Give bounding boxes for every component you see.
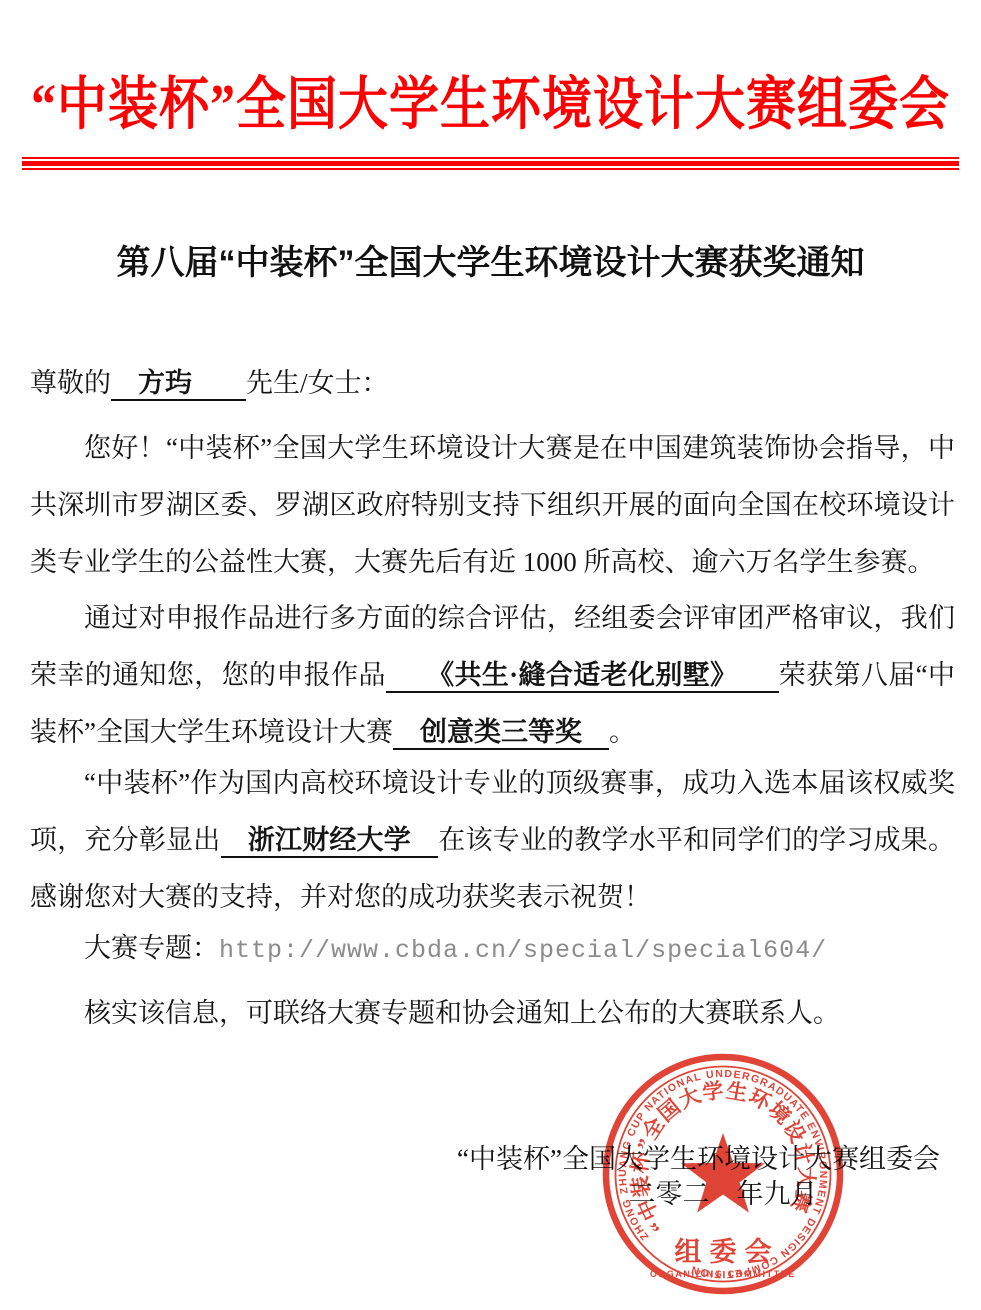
verify-note-line: 核实该信息，可联络大赛专题和协会通知上公布的大赛联系人。 (30, 993, 955, 1033)
stamp-committee-label: 组委会 (675, 1237, 780, 1267)
official-stamp: ZHONG ZHUANG CUP NATIONAL UNDERGRADUATE … (598, 1049, 848, 1299)
letterhead-org-title: “中装杯”全国大学生环境设计大赛组委会 (0, 58, 981, 141)
salutation-line: 尊敬的 方玙 先生/女士： (30, 363, 955, 403)
award-letter-page: “中装杯”全国大学生环境设计大赛组委会 第八届“中装杯”全国大学生环境设计大赛获… (0, 0, 981, 1310)
paragraph-school-praise: “中装杯”作为国内高校环境设计专业的顶级赛事，成功入选本届该权威奖项，充分彰显出… (30, 755, 955, 926)
paragraph-competition-intro: 您好！“中装杯”全国大学生环境设计大赛是在中国建筑装饰协会指导，中共深圳市罗湖区… (30, 420, 955, 591)
divider-line-bottom (22, 168, 959, 170)
stamp-star-icon (681, 1133, 765, 1213)
letterhead-divider (22, 157, 959, 170)
stamp-committee-label-en: ORGANIZING COMMITTEE (650, 1269, 796, 1279)
link-label: 大赛专题： (84, 933, 219, 963)
competition-url[interactable]: http://www.cbda.cn/special/special604/ (219, 936, 827, 965)
document-title: 第八届“中装杯”全国大学生环境设计大赛获奖通知 (0, 241, 981, 285)
paragraph-award-result: 通过对申报作品进行多方面的综合评估，经组委会评审团严格审议，我们荣幸的通知您，您… (30, 590, 955, 761)
competition-link-line: 大赛专题：http://www.cbda.cn/special/special6… (30, 928, 955, 971)
